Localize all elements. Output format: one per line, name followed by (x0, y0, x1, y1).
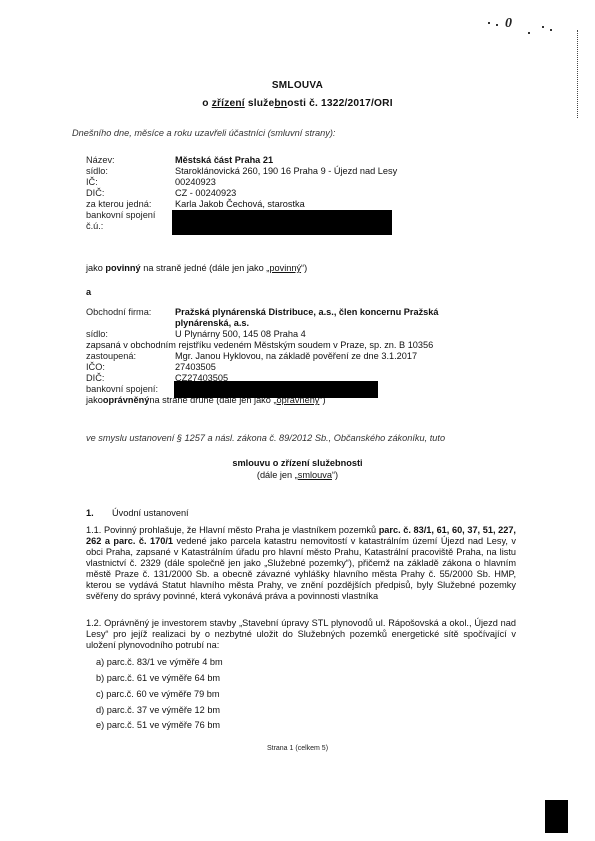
paragraph-1-2: 1.2. Oprávněný je investorem stavby „Sta… (86, 618, 516, 651)
label: IČ: (86, 177, 175, 188)
legal-basis: ve smyslu ustanovení § 1257 a násl. záko… (86, 433, 445, 444)
scan-corner-marker (545, 800, 568, 833)
contract-alias: (dále jen „smlouva“) (0, 470, 595, 481)
label: Název: (86, 155, 175, 166)
redacted-bank-account-1 (172, 210, 392, 235)
party-1-name: Městská část Praha 21 (175, 155, 397, 166)
label: sídlo: (86, 166, 175, 177)
label: za kterou jedná: (86, 199, 175, 210)
list-item: c) parc.č. 60 ve výměře 79 bm (96, 689, 220, 700)
label: IČO: (86, 362, 175, 373)
redacted-bank-account-2 (174, 381, 378, 398)
scan-marks (484, 20, 564, 30)
party-1-ico: 00240923 (175, 177, 397, 188)
party-1-dic-row: DIČ:CZ - 00240923 (86, 188, 397, 199)
label: DIČ: (86, 373, 175, 384)
label: č.ú.: (86, 221, 175, 232)
party-2-ico-row: IČO:27403505 (86, 362, 439, 373)
list-item: b) parc.č. 61 ve výměře 64 bm (96, 673, 220, 684)
party-1-representative: Karla Jakob Čechová, starostka (175, 199, 397, 210)
handwritten-page-mark: 0 (505, 18, 512, 29)
intro-text: Dnešního dne, měsíce a roku uzavřeli úča… (72, 128, 336, 139)
party-2-representative: Mgr. Janou Hyklovou, na základě pověření… (175, 351, 439, 362)
party-1-rep-row: za kterou jedná:Karla Jakob Čechová, sta… (86, 199, 397, 210)
conjunction: a (86, 287, 91, 298)
party-1-ico-row: IČ:00240923 (86, 177, 397, 188)
party-2-registry: zapsaná v obchodním rejstříku vedeném Mě… (86, 340, 439, 351)
party-2-firm-row-cont: plynárenská, a.s. (86, 318, 439, 329)
party-1-role: jako povinný na straně jedné (dále jen j… (86, 263, 307, 274)
party-1-seat: Staroklánovická 260, 190 16 Praha 9 - Új… (175, 166, 397, 177)
label: zastoupená: (86, 351, 175, 362)
list-item: d) parc.č. 37 ve výměře 12 bm (96, 705, 220, 716)
label: DIČ: (86, 188, 175, 199)
list-item: e) parc.č. 51 ve výměře 76 bm (96, 720, 220, 731)
party-2-rep-row: zastoupená:Mgr. Janou Hyklovou, na zákla… (86, 351, 439, 362)
label: bankovní spojení: (86, 384, 175, 395)
registry-text: zapsaná v obchodním rejstříku vedeném Mě… (86, 340, 433, 351)
party-2-firm: Pražská plynárenská Distribuce, a.s., čl… (175, 307, 439, 318)
paragraph-1-1: 1.1. Povinný prohlašuje, že Hlavní město… (86, 525, 516, 602)
party-2-firm-cont: plynárenská, a.s. (175, 318, 439, 329)
party-1-dic: CZ - 00240923 (175, 188, 397, 199)
label: bankovní spojení (86, 210, 175, 221)
label: sídlo: (86, 329, 175, 340)
party-1-seat-row: sídlo:Staroklánovická 260, 190 16 Praha … (86, 166, 397, 177)
party-2-firm-row: Obchodní firma:Pražská plynárenská Distr… (86, 307, 439, 318)
party-2-seat-row: sídlo:U Plynárny 500, 145 08 Praha 4 (86, 329, 439, 340)
page-footer: Strana 1 (celkem 5) (0, 743, 595, 754)
document-subtitle: o zřízení služebnosti č. 1322/2017/ORI (0, 98, 595, 109)
party-2-ico: 27403505 (175, 362, 439, 373)
contract-heading: smlouvu o zřízení služebnosti (0, 458, 595, 469)
label: Obchodní firma: (86, 307, 175, 318)
section-1-heading: 1.Úvodní ustanovení (86, 508, 189, 519)
party-2-seat: U Plynárny 500, 145 08 Praha 4 (175, 329, 439, 340)
list-item: a) parc.č. 83/1 ve výměře 4 bm (96, 657, 223, 668)
party-1-name-row: Název:Městská část Praha 21 (86, 155, 397, 166)
document-title: SMLOUVA (0, 80, 595, 91)
